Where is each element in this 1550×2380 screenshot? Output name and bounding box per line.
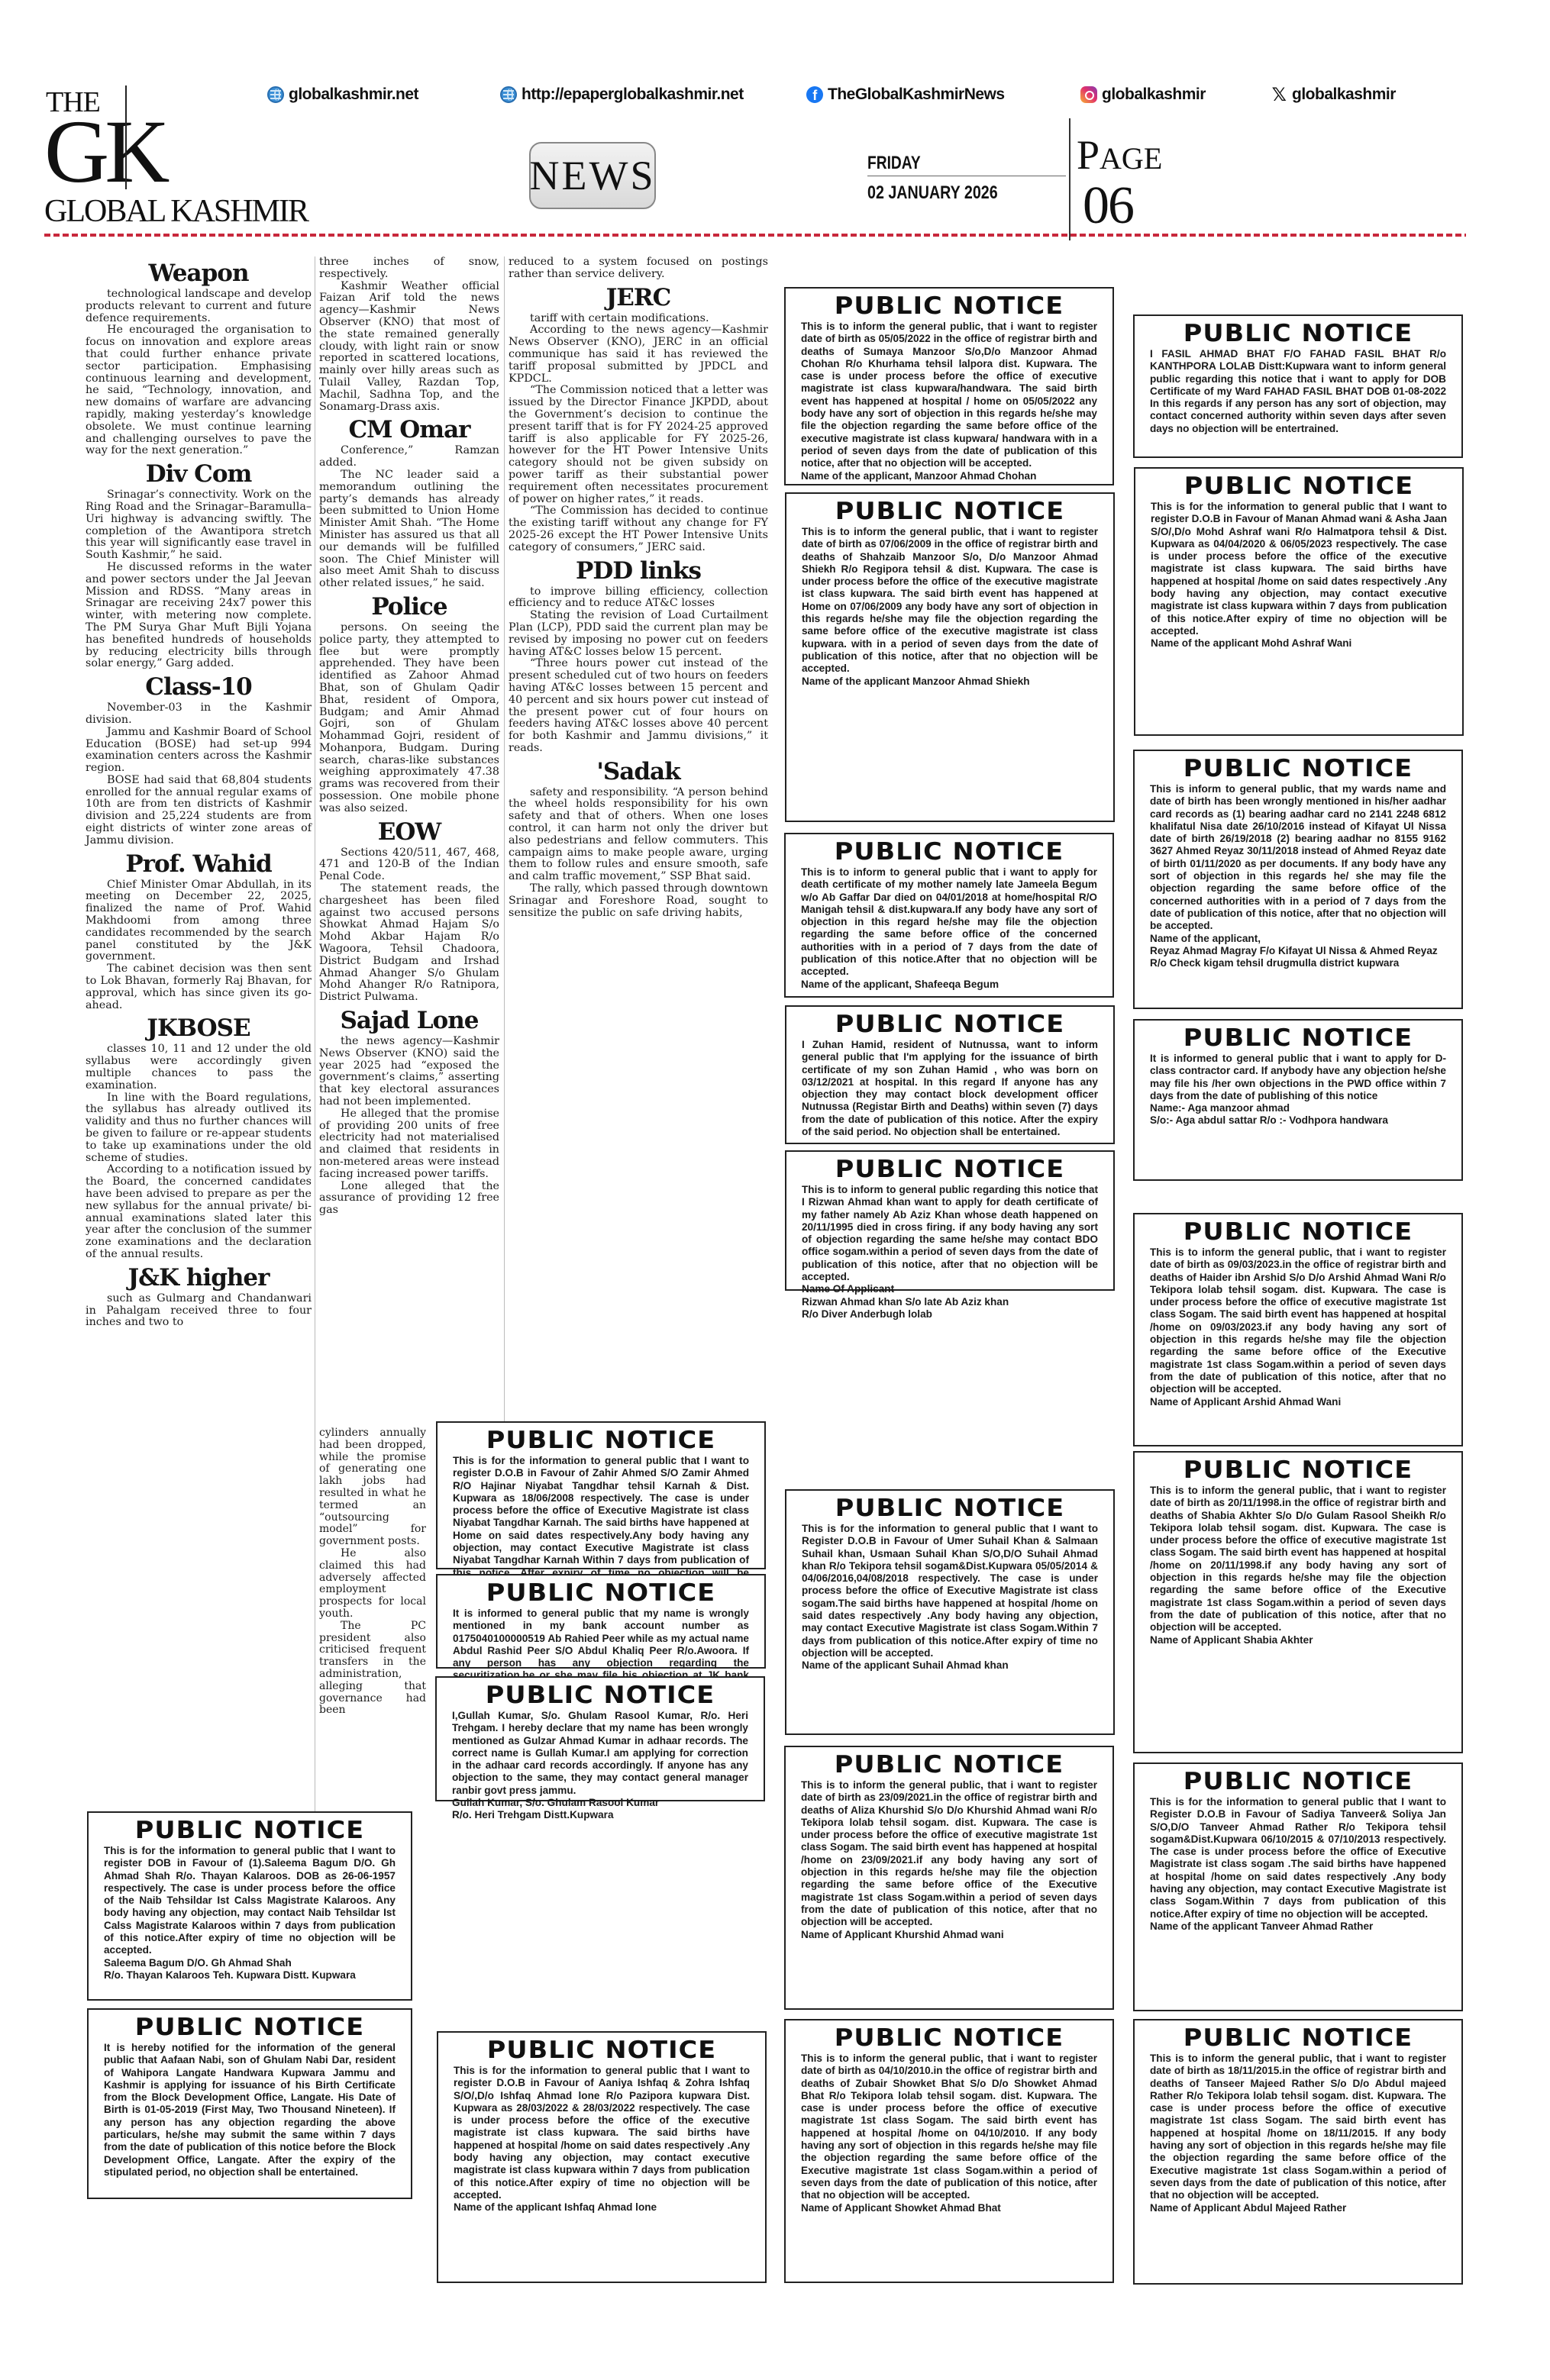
article-eow: EOW Sections 420/511, 467, 468, 471 and … [319, 818, 499, 1004]
notice-title: PUBLIC NOTICE [789, 1752, 1109, 1778]
notice-title: PUBLIC NOTICE [789, 2025, 1109, 2051]
article-jerc: JERC tariff with certain modifications. … [509, 284, 768, 554]
notice-body: This is to inform the general public, th… [801, 2053, 1097, 2202]
notice-signature: R/o. Thayan Kalaroos Teh. Kupwara Distt.… [104, 1969, 396, 1982]
notice-body: This is for the information to general p… [454, 2065, 750, 2201]
logo-gk: GK [44, 107, 165, 197]
notice-body: I,Gullah Kumar, S/o. Ghulam Rasool Kumar… [452, 1710, 748, 1797]
notice-signature: Name of the applicant Tanveer Ahmad Rath… [1150, 1920, 1446, 1933]
notice-signature: Name of the applicant Ishfaq Ahmad lone [454, 2201, 750, 2214]
article-headline: J&K higher [86, 1264, 312, 1292]
public-notice: PUBLIC NOTICE I FASIL AHMAD BHAT F/O FAH… [1133, 314, 1463, 458]
public-notice: PUBLIC NOTICE This is to inform the gene… [1133, 2019, 1463, 2285]
x-label: globalkashmir [1292, 85, 1396, 104]
news-column-2-continued: cylinders annually had been dropped, whi… [319, 1427, 426, 1717]
notice-body: This is to inform to general public rega… [802, 1184, 1098, 1283]
page-number: 06 [1083, 176, 1133, 237]
x-icon: 𝕏 [1271, 86, 1287, 103]
notice-signature: Name of Applicant Showket Ahmad Bhat [801, 2202, 1097, 2214]
public-notice: PUBLIC NOTICE This is for the informatio… [1133, 1762, 1463, 2011]
article-headline: 'Sadak [509, 758, 768, 785]
globe-icon [500, 86, 517, 103]
notice-body: This is to inform the general public, th… [801, 1779, 1097, 1929]
notice-body: This is inform to general public, that m… [1150, 783, 1446, 933]
notice-title: PUBLIC NOTICE [1138, 321, 1458, 347]
column-divider [315, 256, 315, 1814]
notice-signature: Name of the applicant Manzoor Ahmad Shie… [802, 676, 1098, 688]
public-notice: PUBLIC NOTICE It is hereby notified for … [87, 2008, 412, 2199]
logo-name: GLOBAL KASHMIR [44, 193, 308, 230]
notice-title: PUBLIC NOTICE [441, 1580, 760, 1606]
notice-title: PUBLIC NOTICE [1138, 2025, 1458, 2051]
article-class-10: Class-10 November-03 in the Kashmir divi… [86, 673, 312, 847]
notice-body: This is to inform the general public, th… [1150, 2053, 1446, 2202]
news-column-1: Weapon technological landscape and devel… [86, 256, 312, 1329]
notice-body: This is for the information to general p… [453, 1455, 749, 1592]
article-headline: Prof. Wahid [86, 850, 312, 878]
x-link[interactable]: 𝕏 globalkashmir [1271, 85, 1396, 104]
article-jk-higher: J&K higher such as Gulmarg and Chandanwa… [86, 1264, 312, 1329]
article-headline: Div Com [86, 460, 312, 488]
notice-body: This is for the information to general p… [1151, 501, 1447, 637]
globe-icon [267, 86, 284, 103]
notice-body: This is to inform to general public that… [801, 866, 1097, 979]
instagram-icon [1080, 86, 1097, 103]
masthead-rule [44, 234, 1466, 237]
article-headline: PDD links [509, 557, 768, 585]
epaper-link[interactable]: http://epaperglobalkashmir.net [500, 85, 744, 104]
notice-title: PUBLIC NOTICE [789, 839, 1109, 865]
notice-body: This is to inform the general public, th… [1150, 1246, 1446, 1396]
article-weapon: Weapon technological landscape and devel… [86, 260, 312, 457]
notice-body: This is to inform the general public, th… [801, 321, 1097, 470]
public-notice: PUBLIC NOTICE It is informed to general … [436, 1574, 766, 1669]
article-headline: JERC [509, 284, 768, 311]
notice-title: PUBLIC NOTICE [92, 1817, 408, 1843]
notice-signature: R/o. Heri Trehgam Distt.Kupwara [452, 1809, 748, 1821]
date-block: FRIDAY 02 JANUARY 2026 [867, 153, 1066, 204]
epaper-label: http://epaperglobalkashmir.net [522, 85, 744, 104]
public-notice: PUBLIC NOTICE This is to inform the gene… [784, 287, 1114, 485]
article-jkbose: JKBOSE classes 10, 11 and 12 under the o… [86, 1014, 312, 1260]
article-cm-omar: CM Omar Conference,” Ramzan added. The N… [319, 416, 499, 590]
article-police: Police persons. On seeing the police par… [319, 593, 499, 815]
notice-title: PUBLIC NOTICE [440, 1682, 760, 1708]
notice-title: PUBLIC NOTICE [441, 1427, 760, 1453]
public-notice: PUBLIC NOTICE This is to inform the gene… [785, 492, 1115, 822]
article-headline: Police [319, 593, 499, 621]
article-lead: reduced to a system focused on postings … [509, 256, 768, 281]
notice-signature: Name of Applicant Arshid Ahmad Wani [1150, 1396, 1446, 1408]
article-headline: Class-10 [86, 673, 312, 701]
public-notice: PUBLIC NOTICE This is inform to general … [1133, 750, 1463, 1009]
website-label: globalkashmir.net [289, 85, 418, 104]
notice-body: This is for the information to general p… [104, 1845, 396, 1957]
notice-signature: Name of the applicant, [1150, 933, 1446, 945]
notice-title: PUBLIC NOTICE [1138, 473, 1458, 499]
article-headline: CM Omar [319, 416, 499, 443]
notice-signature: Name of Applicant Abdul Majeed Rather [1150, 2202, 1446, 2214]
notice-title: PUBLIC NOTICE [441, 2037, 761, 2063]
notice-title: PUBLIC NOTICE [790, 1011, 1109, 1037]
public-notice: PUBLIC NOTICE This is for the informatio… [87, 1811, 412, 2001]
notice-title: PUBLIC NOTICE [1138, 1457, 1458, 1483]
notice-signature: R/o Diver Anderbugh lolab [802, 1308, 1098, 1321]
news-column-3: reduced to a system focused on postings … [509, 256, 768, 919]
news-column-2: three inches of snow, respectively. Kash… [319, 256, 499, 1217]
issue-date: 02 JANUARY 2026 [867, 182, 1030, 204]
article-weather: three inches of snow, respectively. Kash… [319, 256, 499, 413]
public-notice: PUBLIC NOTICE This is for the informatio… [1134, 467, 1464, 736]
public-notice: PUBLIC NOTICE This is for the informatio… [785, 1489, 1115, 1735]
notice-body: It is hereby notified for the informatio… [104, 2042, 396, 2178]
public-notice: PUBLIC NOTICE I,Gullah Kumar, S/o. Ghula… [435, 1676, 765, 1801]
logo-divider [125, 85, 127, 189]
public-notice: PUBLIC NOTICE This is to inform the gene… [784, 1746, 1114, 2010]
public-notice: PUBLIC NOTICE It is informed to general … [1133, 1019, 1463, 1181]
notice-signature: Name of Applicant Khurshid Ahmad wani [801, 1929, 1097, 1941]
instagram-link[interactable]: globalkashmir [1080, 85, 1206, 104]
notice-title: PUBLIC NOTICE [1138, 1769, 1458, 1795]
instagram-label: globalkashmir [1102, 85, 1206, 104]
website-link[interactable]: globalkashmir.net [267, 85, 418, 104]
notice-title: PUBLIC NOTICE [790, 1156, 1109, 1182]
public-notice: PUBLIC NOTICE This is to inform the gene… [784, 2019, 1114, 2283]
notice-title: PUBLIC NOTICE [1138, 1219, 1458, 1245]
notice-signature: Name of the applicant, Manzoor Ahmad Cho… [801, 470, 1097, 482]
public-notice: PUBLIC NOTICE This is for the informatio… [436, 1421, 766, 1569]
public-notice: PUBLIC NOTICE This is to inform to gener… [785, 1150, 1115, 1291]
article-headline: Sajad Lone [319, 1007, 499, 1034]
notice-title: PUBLIC NOTICE [92, 2014, 408, 2040]
masthead: THE GK GLOBAL KASHMIR globalkashmir.net … [0, 0, 1550, 244]
article-prof-wahid: Prof. Wahid Chief Minister Omar Abdullah… [86, 850, 312, 1012]
article-pdd-links: PDD links to improve billing efficiency,… [509, 557, 768, 755]
notice-signature: Name Of Applicant [802, 1283, 1098, 1295]
notice-signature: Gullah Kumar, S/o. Ghulam Rasool Kumar [452, 1797, 748, 1809]
notice-title: PUBLIC NOTICE [790, 498, 1109, 524]
article-headline: JKBOSE [86, 1014, 312, 1042]
article-headline: Weapon [86, 260, 312, 287]
article-headline: EOW [319, 818, 499, 846]
notice-signature: Name of the applicant Suhail Ahmad khan [802, 1659, 1098, 1672]
notice-signature: Name of the applicant, Shafeeqa Begum [801, 979, 1097, 991]
notice-title: PUBLIC NOTICE [1138, 1025, 1458, 1051]
notice-signature: Name of the applicant Mohd Ashraf Wani [1151, 637, 1447, 650]
page-divider [1069, 118, 1070, 240]
facebook-link[interactable]: f TheGlobalKashmirNews [806, 85, 1005, 104]
page-label: PAGE [1077, 131, 1162, 179]
notice-body: This is for the information to general p… [1150, 1796, 1446, 1920]
notice-body: It is informed to general public that i … [1150, 1053, 1446, 1102]
facebook-icon: f [806, 86, 823, 103]
notice-signature: Name:- Aga manzoor ahmad [1150, 1102, 1446, 1114]
notice-signature: Rizwan Ahmad khan S/o late Ab Aziz khan [802, 1296, 1098, 1308]
notice-title: PUBLIC NOTICE [1138, 756, 1458, 782]
public-notice: PUBLIC NOTICE This is to inform the gene… [1133, 1213, 1463, 1446]
notice-body: This is to inform the general public, th… [1150, 1485, 1446, 1634]
section-badge: NEWS [529, 142, 656, 209]
notice-signature: Reyaz Ahmad Magray F/o Kifayat Ul Nissa … [1150, 945, 1446, 970]
public-notice: PUBLIC NOTICE This is to inform the gene… [1133, 1451, 1463, 1753]
article-div-com: Div Com Srinagar’s connectivity. Work on… [86, 460, 312, 670]
article-sajad-lone: Sajad Lone the news agency—Kashmir News … [319, 1007, 499, 1217]
public-notice: PUBLIC NOTICE I Zuhan Hamid, resident of… [785, 1005, 1115, 1144]
notice-signature: Name of Applicant Shabia Akhter [1150, 1634, 1446, 1646]
notice-body: I Zuhan Hamid, resident of Nutnussa, wan… [802, 1039, 1098, 1138]
notice-body: I FASIL AHMAD BHAT F/O FAHAD FASIL BHAT … [1150, 348, 1446, 435]
notice-title: PUBLIC NOTICE [789, 293, 1109, 319]
notice-signature: S/o:- Aga abdul sattar R/o :- Vodhpora h… [1150, 1114, 1446, 1127]
facebook-label: TheGlobalKashmirNews [828, 85, 1005, 104]
column-divider [504, 256, 505, 1424]
public-notice: PUBLIC NOTICE This is to inform to gener… [784, 833, 1114, 998]
public-notice: PUBLIC NOTICE This is for the informatio… [437, 2031, 767, 2283]
issue-day: FRIDAY [867, 153, 1066, 176]
notice-body: This is to inform the general public, th… [802, 526, 1098, 676]
article-sadak: 'Sadak safety and responsibility. “A per… [509, 758, 768, 920]
notice-signature: Saleema Bagum D/O. Gh Ahmad Shah [104, 1957, 396, 1969]
notice-title: PUBLIC NOTICE [790, 1495, 1109, 1521]
notice-body: This is for the information to general p… [802, 1523, 1098, 1659]
